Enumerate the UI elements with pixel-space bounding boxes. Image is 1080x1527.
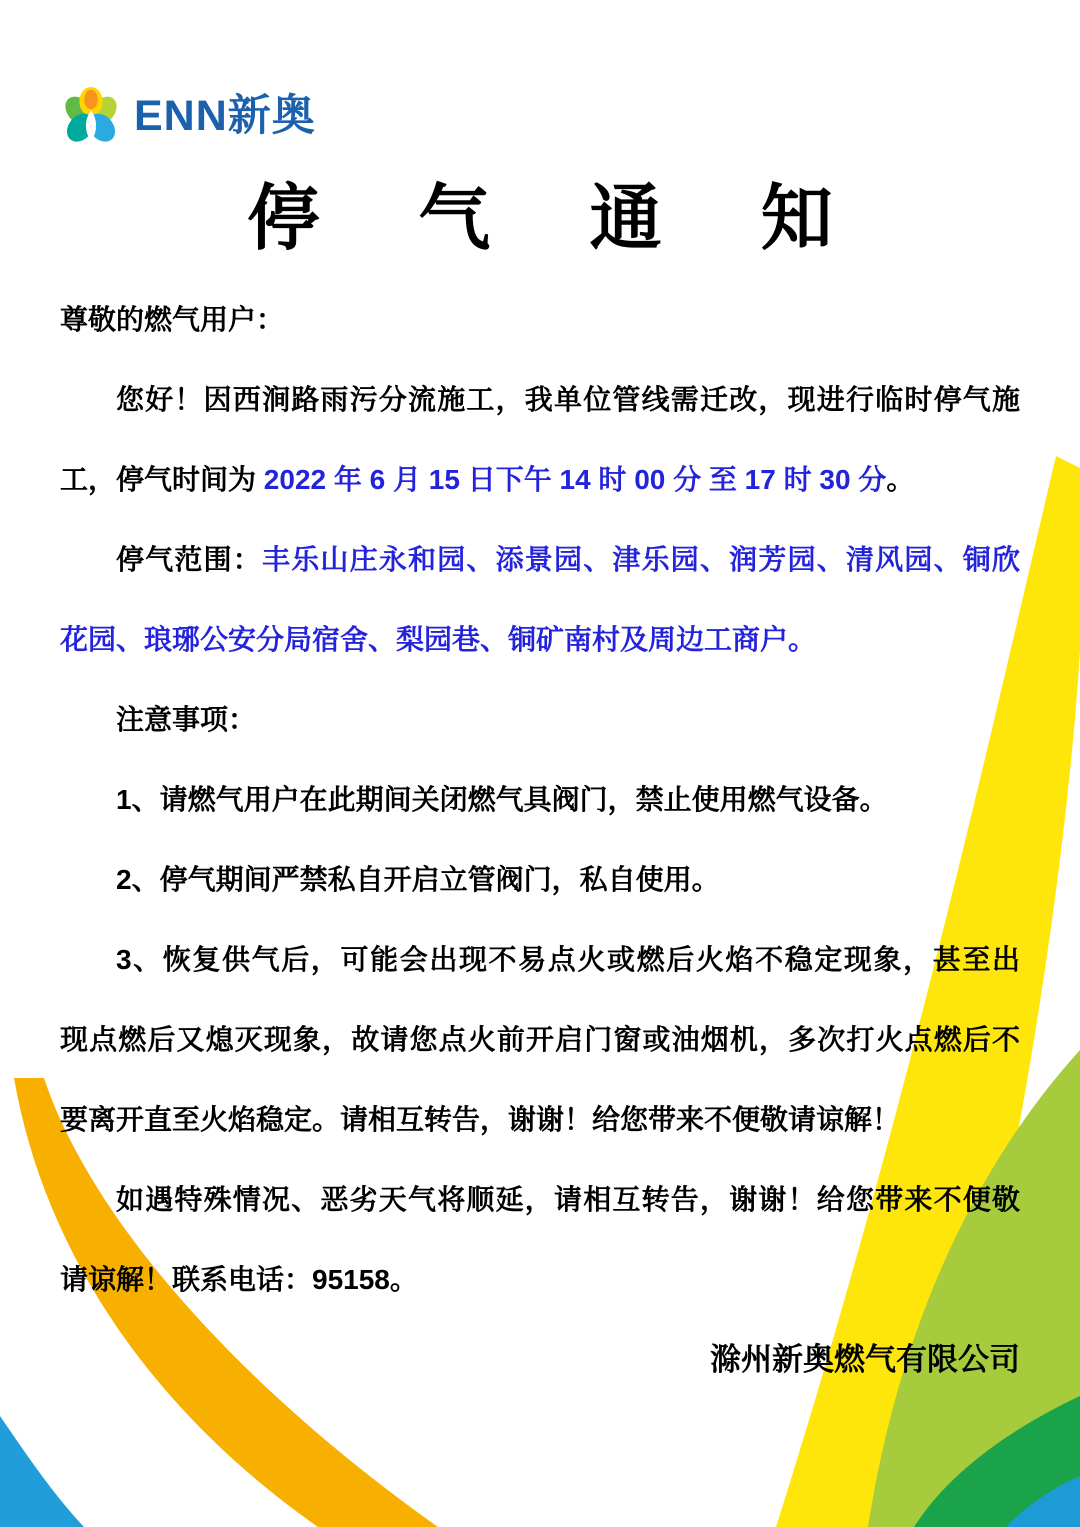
- gas-outage-notice-page: ENN新奥 停 气 通 知 尊敬的燃气用户：您好！因西涧路雨污分流施工，我单位管…: [0, 0, 1080, 1527]
- text-segment: 2022 年 6 月 15 日下午 14 时 00 分 至 17 时 30 分: [256, 464, 886, 495]
- page-title: 停 气 通 知: [60, 174, 1020, 264]
- notice-line: 注意事项：: [60, 680, 1020, 760]
- notice-line: 工，停气时间为 2022 年 6 月 15 日下午 14 时 00 分 至 17…: [60, 440, 1020, 520]
- text-segment: 工，: [60, 464, 116, 495]
- notice-line: 停气范围：丰乐山庄永和园、添景园、津乐园、润芳园、清风园、铜欣: [60, 520, 1020, 600]
- text-segment: 注意事项：: [116, 704, 256, 735]
- notice-content: ENN新奥 停 气 通 知 尊敬的燃气用户：您好！因西涧路雨污分流施工，我单位管…: [0, 0, 1080, 1400]
- text-segment: 停气时间为: [116, 464, 256, 495]
- signature: 滁州新奥燃气有限公司: [60, 1320, 1020, 1400]
- text-segment: 2、停气期间严禁私自开启立管阀门，私自使用。: [116, 864, 720, 895]
- notice-line: 2、停气期间严禁私自开启立管阀门，私自使用。: [60, 840, 1020, 920]
- text-segment: 如遇特殊情况、恶劣天气将顺延，请相互转告，谢谢！给您带来不便敬: [116, 1184, 1020, 1215]
- text-segment: 请谅解！联系电话：95158。: [60, 1264, 418, 1295]
- text-segment: 3、恢复供气后，可能会出现不易点火或燃后火焰不稳定现象，甚至出: [116, 944, 1020, 975]
- notice-line: 要离开直至火焰稳定。请相互转告，谢谢！给您带来不便敬请谅解！: [60, 1080, 1020, 1160]
- text-segment: 1、请燃气用户在此期间关闭燃气具阀门，禁止使用燃气设备。: [116, 784, 888, 815]
- notice-line: 3、恢复供气后，可能会出现不易点火或燃后火焰不稳定现象，甚至出: [60, 920, 1020, 1000]
- notice-body: 尊敬的燃气用户：您好！因西涧路雨污分流施工，我单位管线需迁改，现进行临时停气施工…: [60, 280, 1020, 1320]
- text-segment: 丰乐山庄永和园、添景园、津乐园、润芳园、清风园、铜欣: [262, 544, 1020, 575]
- notice-line: 花园、琅琊公安分局宿舍、梨园巷、铜矿南村及周边工商户。: [60, 600, 1020, 680]
- text-segment: 花园、琅琊公安分局宿舍、梨园巷、铜矿南村及周边工商户。: [60, 624, 816, 655]
- text-segment: 。: [886, 464, 914, 495]
- enn-flower-icon: [60, 85, 122, 147]
- notice-line: 您好！因西涧路雨污分流施工，我单位管线需迁改，现进行临时停气施: [60, 360, 1020, 440]
- notice-line: 如遇特殊情况、恶劣天气将顺延，请相互转告，谢谢！给您带来不便敬: [60, 1160, 1020, 1240]
- notice-line: 1、请燃气用户在此期间关闭燃气具阀门，禁止使用燃气设备。: [60, 760, 1020, 840]
- brand-logo: ENN新奥: [60, 0, 1020, 148]
- text-segment: 要离开直至火焰稳定。请相互转告，谢谢！给您带来不便敬请谅解！: [60, 1104, 900, 1135]
- logo-text: ENN新奥: [134, 84, 316, 148]
- text-segment: 尊敬的燃气用户：: [60, 304, 284, 335]
- notice-line: 尊敬的燃气用户：: [60, 280, 1020, 360]
- text-segment: 现点燃后又熄灭现象，故请您点火前开启门窗或油烟机，多次打火点燃后不: [60, 1024, 1020, 1055]
- text-segment: 您好！因西涧路雨污分流施工，我单位管线需迁改，现进行临时停气施: [116, 384, 1020, 415]
- sky-blue-swoosh: [0, 1416, 84, 1527]
- text-segment: 停气范围：: [116, 544, 262, 575]
- notice-line: 现点燃后又熄灭现象，故请您点火前开启门窗或油烟机，多次打火点燃后不: [60, 1000, 1020, 1080]
- notice-line: 请谅解！联系电话：95158。: [60, 1240, 1020, 1320]
